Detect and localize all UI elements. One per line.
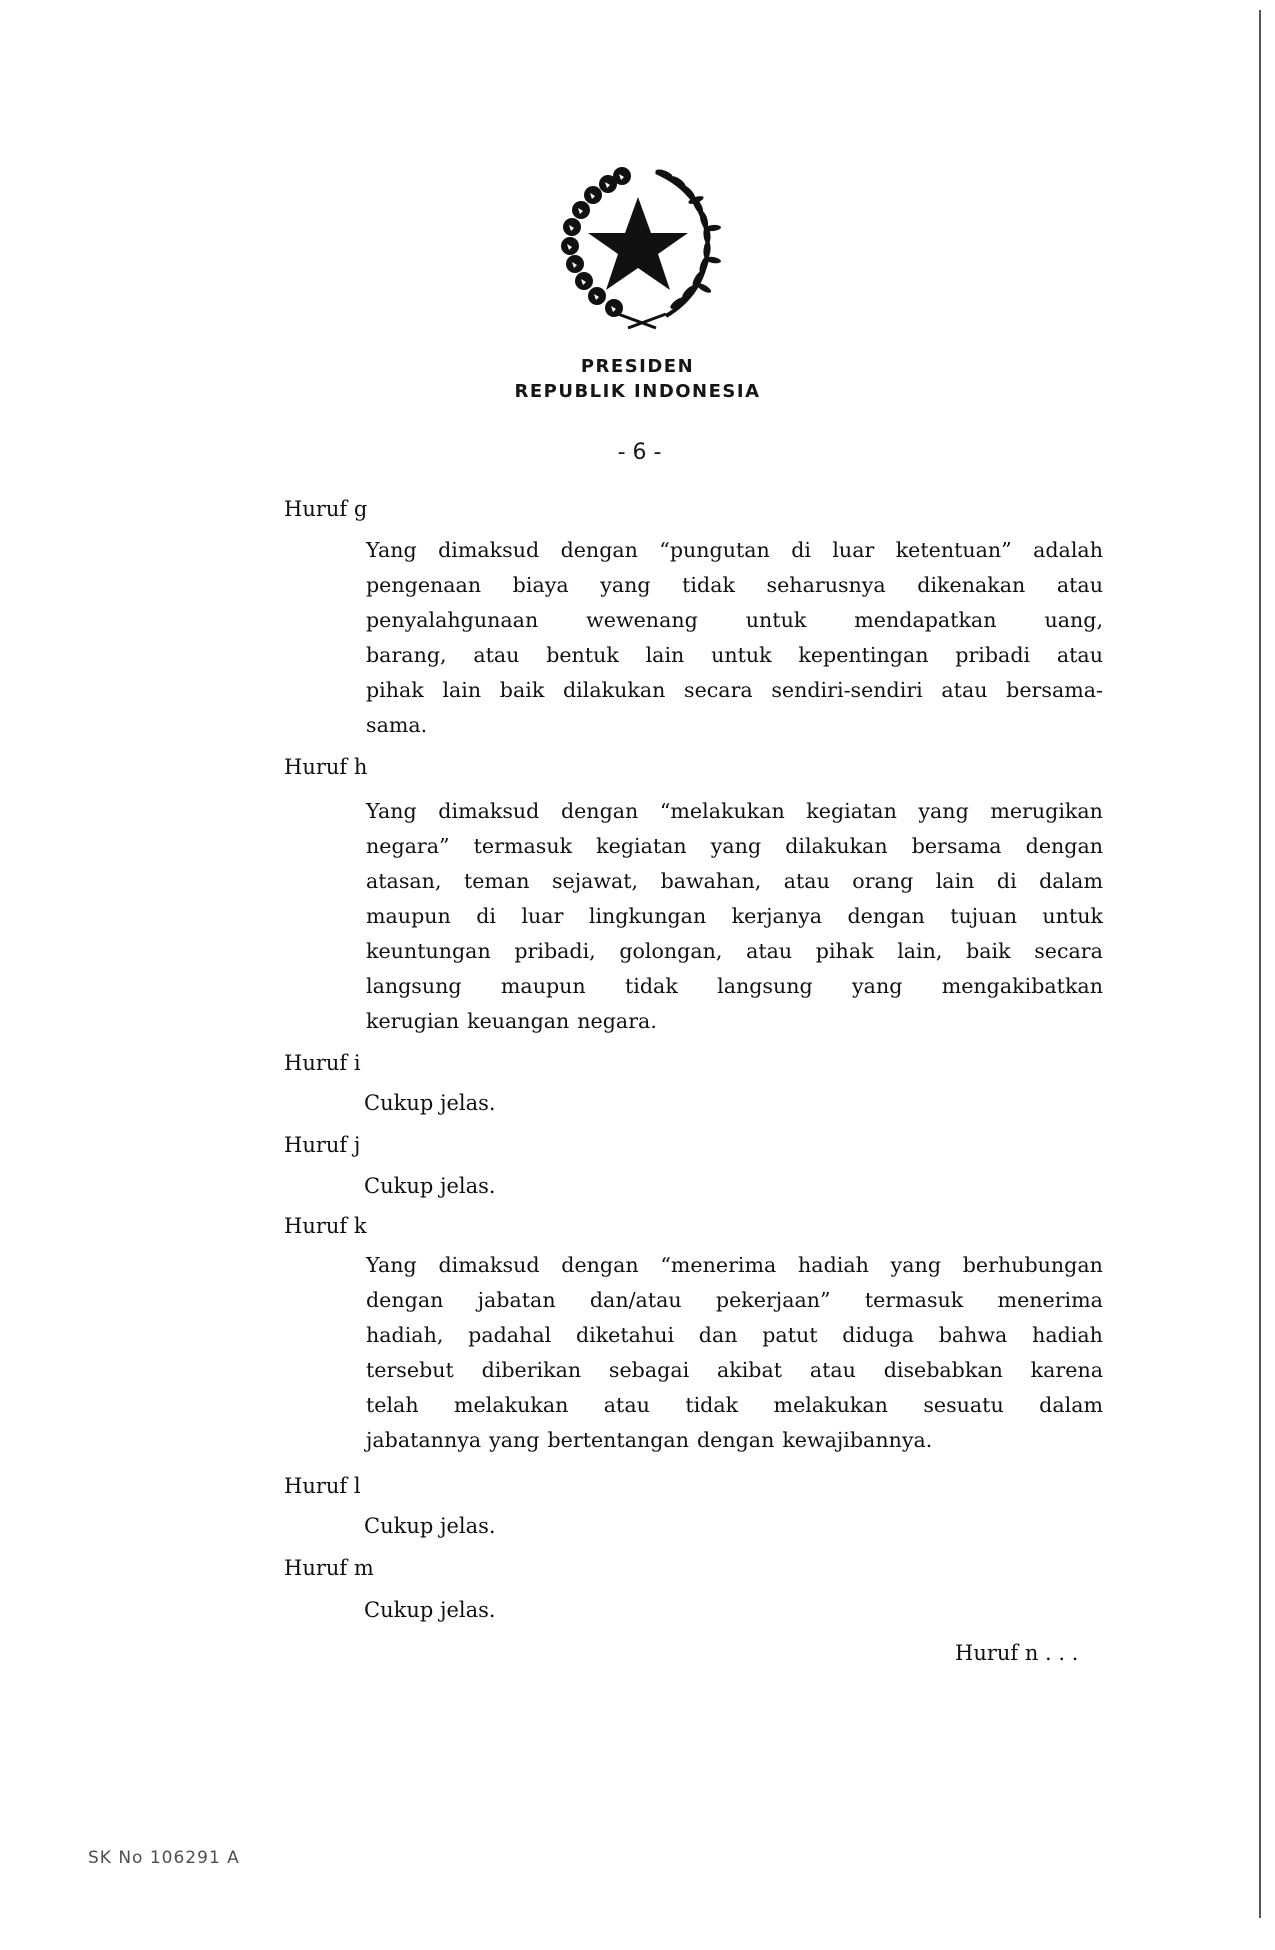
text-line: atasan,temansejawat,bawahan,atauoranglai… [366,864,1103,899]
section-text-l: Cukup jelas. [364,1512,496,1540]
text-line: Yangdimaksuddengan“pungutandiluarketentu… [366,533,1103,568]
text-line: barang,ataubentuklainuntukkepentinganpri… [366,638,1103,673]
page-number: - 6 - [0,440,1275,465]
text-line: sama. [366,708,1103,743]
section-text-i: Cukup jelas. [364,1089,496,1117]
section-paragraph-g: Yangdimaksuddengan“pungutandiluarketentu… [366,533,1103,743]
text-line: denganjabatandan/ataupekerjaan”termasukm… [366,1283,1103,1318]
text-line: langsungmaupuntidaklangsungyangmengakiba… [366,969,1103,1004]
text-line: kerugiankeuangannegara. [366,1004,1103,1039]
section-heading-g: Huruf g [284,495,367,523]
text-line: pengenaanbiayayangtidakseharusnyadikenak… [366,568,1103,603]
section-heading-l: Huruf l [284,1472,361,1500]
continuation-catchword: Huruf n . . . [955,1639,1078,1667]
header-republik-indonesia: REPUBLIK INDONESIA [0,381,1275,402]
section-heading-j: Huruf j [284,1131,360,1159]
section-heading-i: Huruf i [284,1049,361,1077]
section-paragraph-h: Yangdimaksuddengan“melakukankegiatanyang… [366,794,1103,1039]
text-line: telahmelakukanatautidakmelakukansesuatud… [366,1388,1103,1423]
document-reference-footer: SK No 106291 A [88,1848,240,1868]
scan-edge-line [1259,10,1261,1918]
text-line: keuntunganpribadi,golongan,ataupihaklain… [366,934,1103,969]
text-line: Yangdimaksuddengan“menerimahadiahyangber… [366,1248,1103,1283]
section-heading-m: Huruf m [284,1554,374,1582]
section-heading-h: Huruf h [284,753,367,781]
header-presiden: PRESIDEN [0,356,1275,377]
presidential-emblem-icon [556,164,722,332]
text-line: jabatannyayangbertentangandengankewajiba… [366,1423,1103,1458]
text-line: Yangdimaksuddengan“melakukankegiatanyang… [366,794,1103,829]
section-heading-k: Huruf k [284,1212,367,1240]
text-line: negara”termasukkegiatanyangdilakukanbers… [366,829,1103,864]
text-line: tersebutdiberikansebagaiakibatataudiseba… [366,1353,1103,1388]
text-line: hadiah,padahaldiketahuidanpatutdidugabah… [366,1318,1103,1353]
text-line: penyalahgunaanwewenanguntukmendapatkanua… [366,603,1103,638]
section-paragraph-k: Yangdimaksuddengan“menerimahadiahyangber… [366,1248,1103,1458]
text-line: maupundiluarlingkungankerjanyadengantuju… [366,899,1103,934]
text-line: pihaklainbaikdilakukansecarasendiri-send… [366,673,1103,708]
section-text-j: Cukup jelas. [364,1172,496,1200]
section-text-m: Cukup jelas. [364,1596,496,1624]
